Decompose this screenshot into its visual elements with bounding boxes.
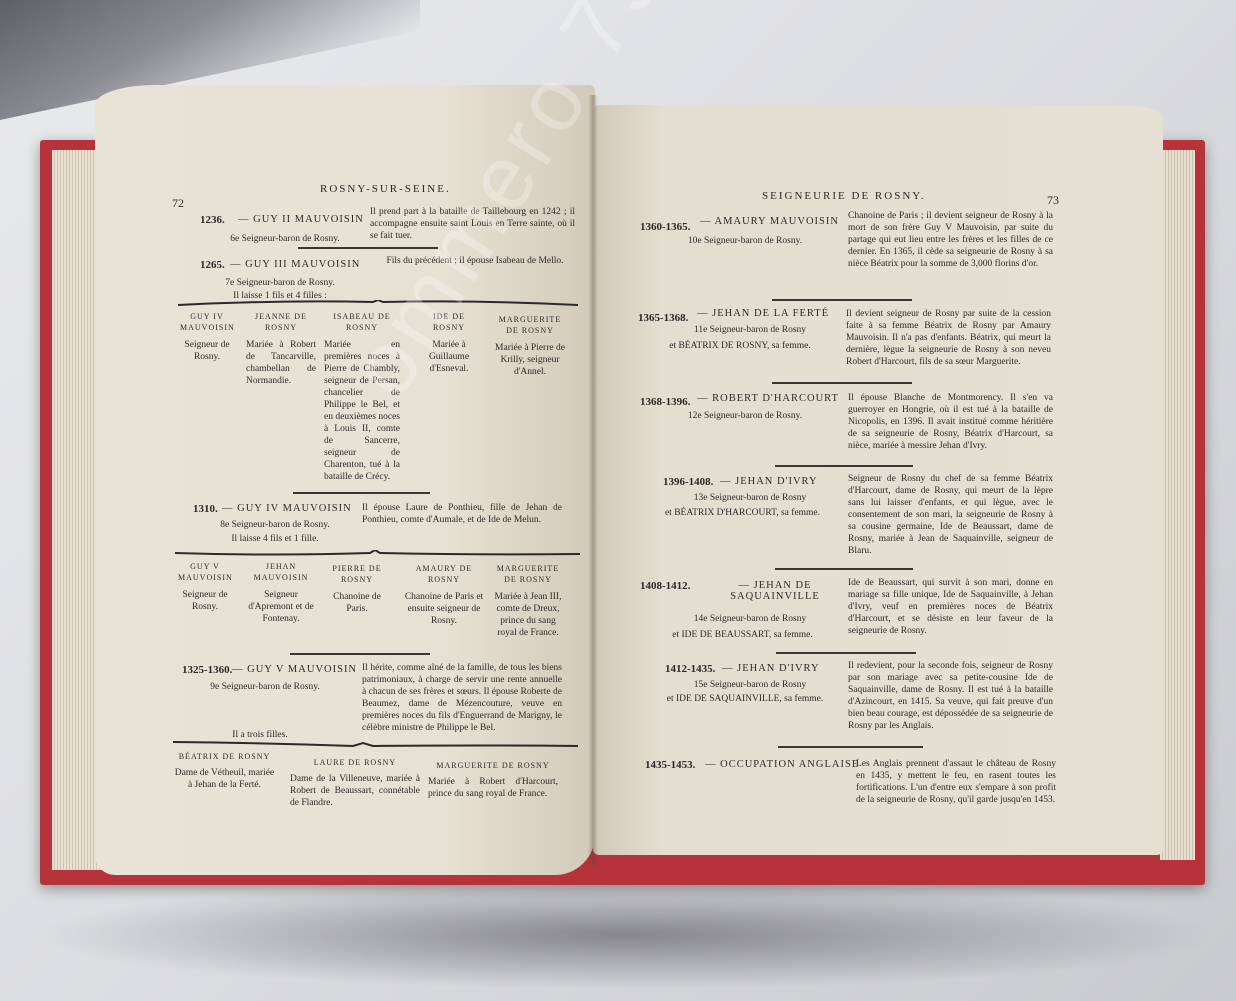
- book-shadow: [30, 880, 1220, 990]
- child-text: Chanoine de Paris.: [324, 591, 390, 615]
- child-title: Guy IV Mauvoisin: [180, 311, 234, 333]
- child-text: Mariée en premières noces à Pierre de Ch…: [324, 339, 400, 483]
- entry-text: Seigneur de Rosny du chef de sa femme Bé…: [848, 473, 1053, 557]
- child-column: Béatrix de Rosny Dame de Vétheuil, marié…: [172, 751, 277, 791]
- entry-name: — OCCUPATION ANGLAISE: [705, 759, 859, 770]
- entry-name: — JEHAN DE LA FERTÉ: [697, 308, 829, 319]
- entry-text: Fils du précédent ; il épouse Isabeau de…: [380, 255, 570, 267]
- child-column: Marguerite de Rosny Mariée à Robert d'Ha…: [428, 760, 558, 800]
- page-number-right: 73: [1047, 193, 1059, 208]
- entry-date: 1310.: [193, 503, 218, 515]
- child-text: Mariée à Robert de Tancarville, chambell…: [246, 339, 316, 387]
- entry-date: 1325-1360.: [182, 664, 232, 676]
- child-title: Laure de Rosny: [290, 757, 420, 768]
- entry-date: 1435-1453.: [645, 759, 695, 771]
- entry-name: — AMAURY MAUVOISIN: [700, 216, 839, 227]
- entry-name: — JEHAN D'IVRY: [720, 476, 818, 487]
- entry-rank: 14e Seigneur-baron de Rosny: [660, 614, 840, 624]
- child-text: Mariée à Guillaume d'Esneval.: [416, 339, 482, 375]
- entry-text: Il devient seigneur de Rosny par suite d…: [846, 308, 1051, 368]
- entry-date: 1360-1365.: [640, 221, 690, 233]
- entry-note: Il a trois filles.: [200, 730, 320, 740]
- child-text: Dame de la Villeneuve, mariée à Robert d…: [290, 773, 420, 809]
- child-column: Ide de Rosny Mariée à Guillaume d'Esneva…: [416, 311, 482, 375]
- genealogy-brace: [173, 741, 578, 747]
- divider: [772, 382, 912, 384]
- entry-spouse: et BÉATRIX D'HARCOURT, sa femme.: [640, 508, 845, 518]
- divider: [775, 465, 913, 467]
- entry-rank: 12e Seigneur-baron de Rosny.: [660, 411, 830, 421]
- entry-rank: 8e Seigneur-baron de Rosny.: [195, 520, 355, 530]
- child-text: Seigneur de Rosny.: [178, 589, 232, 613]
- divider: [290, 653, 430, 655]
- child-column: Jeanne de Rosny Mariée à Robert de Tanca…: [246, 311, 316, 387]
- page-number-left: 72: [172, 196, 184, 211]
- entry-date: 1368-1396.: [640, 396, 690, 408]
- child-column: Marguerite de Rosny Mariée à Jean III, c…: [492, 563, 564, 639]
- entry-text: Il épouse Laure de Ponthieu, fille de Je…: [362, 502, 562, 526]
- entry-note: Il laisse 4 fils et 1 fille.: [195, 534, 355, 544]
- entry-name: — JEHAN DE SAQUAINVILLE: [700, 580, 850, 602]
- entry-spouse: et IDE DE SAQUAINVILLE, sa femme.: [640, 694, 850, 704]
- entry-name: — GUY IV MAUVOISIN: [222, 503, 352, 514]
- entry-date: 1365-1368.: [638, 312, 688, 324]
- child-text: Dame de Vétheuil, mariée à Jehan de la F…: [172, 767, 277, 791]
- divider: [776, 652, 916, 654]
- child-column: Guy V Mauvoisin Seigneur de Rosny.: [178, 561, 232, 613]
- child-title: Amaury de Rosny: [404, 563, 484, 585]
- entry-name: — ROBERT D'HARCOURT: [697, 393, 839, 404]
- child-title: Ide de Rosny: [416, 311, 482, 333]
- entry-spouse: et IDE DE BEAUSSART, sa femme.: [640, 630, 845, 640]
- child-column: Isabeau de Rosny Mariée en premières noc…: [324, 311, 400, 483]
- divider: [778, 746, 923, 748]
- divider: [293, 492, 430, 494]
- entry-text: Il prend part à la bataille de Taillebou…: [370, 206, 575, 242]
- child-title: Marguerite de Rosny: [492, 563, 564, 585]
- entry-date: 1265.: [200, 259, 225, 271]
- entry-date: 1396-1408.: [663, 476, 713, 488]
- running-head-right: SEIGNEURIE DE ROSNY.: [762, 190, 926, 202]
- child-title: Isabeau de Rosny: [324, 311, 400, 333]
- child-title: Marguerite de Rosny: [494, 314, 566, 336]
- entry-text: Ide de Beaussart, qui survit à son mari,…: [848, 577, 1053, 637]
- entry-rank: 9e Seigneur-baron de Rosny.: [190, 682, 340, 692]
- entry-text: Chanoine de Paris ; il devient seigneur …: [848, 210, 1053, 270]
- child-column: Laure de Rosny Dame de la Villeneuve, ma…: [290, 757, 420, 809]
- genealogy-brace: [178, 300, 578, 306]
- divider: [775, 568, 913, 570]
- entry-text: Il hérite, comme aîné de la famille, de …: [362, 662, 562, 734]
- entry-rank: 13e Seigneur-baron de Rosny: [660, 493, 840, 503]
- child-text: Mariée à Pierre de Krilly, seigneur d'An…: [494, 342, 566, 378]
- child-text: Mariée à Robert d'Harcourt, prince du sa…: [428, 776, 558, 800]
- entry-rank: 6e Seigneur-baron de Rosny.: [210, 234, 360, 244]
- entry-date: 1236.: [200, 214, 225, 226]
- entry-rank: 11e Seigneur-baron de Rosny: [660, 325, 840, 335]
- child-column: Amaury de Rosny Chanoine de Paris et ens…: [404, 563, 484, 627]
- entry-text: Il redevient, pour la seconde fois, seig…: [848, 660, 1053, 732]
- divider: [772, 299, 912, 301]
- page-edges-right: [1160, 150, 1195, 860]
- child-column: Pierre de Rosny Chanoine de Paris.: [324, 563, 390, 615]
- child-column: Jehan Mauvoisin Seigneur d'Apremont et d…: [248, 561, 314, 625]
- entry-name: — GUY III MAUVOISIN: [230, 259, 360, 270]
- entry-text: Il épouse Blanche de Montmorency. Il s'e…: [848, 392, 1053, 452]
- child-column: Guy IV Mauvoisin Seigneur de Rosny.: [180, 311, 234, 363]
- child-title: Guy V Mauvoisin: [178, 561, 232, 583]
- child-title: Pierre de Rosny: [324, 563, 390, 585]
- genealogy-brace: [175, 550, 580, 556]
- entry-text: Les Anglais prennent d'assaut le château…: [856, 758, 1056, 806]
- entry-date: 1412-1435.: [665, 663, 715, 675]
- book-gutter: [588, 95, 598, 865]
- child-title: Jehan Mauvoisin: [248, 561, 314, 583]
- entry-rank: 10e Seigneur-baron de Rosny.: [660, 236, 830, 246]
- entry-name: — GUY V MAUVOISIN: [232, 664, 357, 675]
- divider: [298, 247, 438, 249]
- entry-rank: 15e Seigneur-baron de Rosny: [660, 680, 840, 690]
- entry-name: — GUY II MAUVOISIN: [238, 214, 364, 225]
- child-column: Marguerite de Rosny Mariée à Pierre de K…: [494, 314, 566, 378]
- child-title: Béatrix de Rosny: [172, 751, 277, 762]
- child-text: Seigneur d'Apremont et de Fontenay.: [248, 589, 314, 625]
- running-head-left: ROSNY-SUR-SEINE.: [320, 183, 451, 195]
- entry-date: 1408-1412.: [640, 580, 690, 592]
- entry-name: — JEHAN D'IVRY: [722, 663, 820, 674]
- child-title: Marguerite de Rosny: [428, 760, 558, 771]
- entry-rank: 7e Seigneur-baron de Rosny.: [200, 278, 360, 288]
- child-text: Chanoine de Paris et ensuite seigneur de…: [404, 591, 484, 627]
- child-title: Jeanne de Rosny: [246, 311, 316, 333]
- child-text: Seigneur de Rosny.: [180, 339, 234, 363]
- entry-spouse: et BÉATRIX DE ROSNY, sa femme.: [640, 341, 840, 351]
- child-text: Mariée à Jean III, comte de Dreux, princ…: [492, 591, 564, 639]
